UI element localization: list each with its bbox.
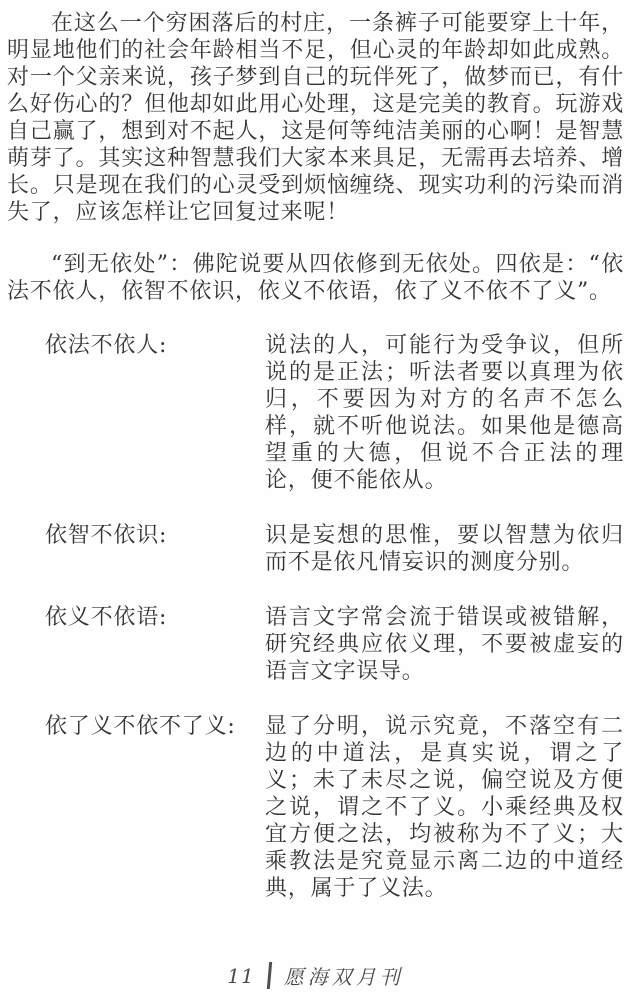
definition-item-fa-bu-yi-ren: 依法不依人: 说法的人，可能行为受争议，但所说的是正法；听法者要以真理为依归，不… bbox=[7, 332, 624, 494]
journal-title: 愿海双月刊 bbox=[284, 961, 404, 990]
paragraph-village-story: 在这么一个穷困落后的村庄，一条裤子可能要穿上十年，明显地他们的社会年龄相当不足，… bbox=[7, 10, 624, 226]
definition-item-yi-bu-yi-yu: 依义不依语: 语言文字常会流于错误或被错解，研究经典应依义理，不要被虚妄的语言文… bbox=[7, 604, 624, 685]
footer-divider-bar bbox=[267, 962, 272, 989]
definition-item-zhi-bu-yi-shi: 依智不依识: 识是妄想的思惟，要以智慧为依归而不是依凡情妄识的测度分别。 bbox=[7, 522, 624, 576]
definition-description: 显了分明，说示究竟，不落空有二边的中道法，是真实说，谓之了义；未了未尽之说，偏空… bbox=[265, 713, 624, 902]
definition-term: 依法不依人: bbox=[7, 332, 265, 359]
definition-description: 说法的人，可能行为受争议，但所说的是正法；听法者要以真理为依归，不要因为对方的名… bbox=[265, 332, 624, 494]
definition-description: 识是妄想的思惟，要以智慧为依归而不是依凡情妄识的测度分别。 bbox=[265, 522, 624, 576]
paragraph-four-reliances-intro: “到无依处”：佛陀说要从四依修到无依处。四依是：“依法不依人，依智不依识，依义不… bbox=[7, 251, 624, 305]
four-reliances-list: 依法不依人: 说法的人，可能行为受争议，但所说的是正法；听法者要以真理为依归，不… bbox=[7, 330, 624, 902]
document-page: 在这么一个穷困落后的村庄，一条裤子可能要穿上十年，明显地他们的社会年龄相当不足，… bbox=[0, 0, 631, 1000]
definition-term: 依智不依识: bbox=[7, 522, 265, 549]
page-number: 11 bbox=[227, 964, 254, 988]
definition-item-liaoyi-bu-yi-buliaoyi: 依了义不依不了义: 显了分明，说示究竟，不落空有二边的中道法，是真实说，谓之了义… bbox=[7, 713, 624, 902]
definition-term: 依义不依语: bbox=[7, 604, 265, 631]
page-footer: 11 愿海双月刊 bbox=[0, 961, 631, 990]
definition-description: 语言文字常会流于错误或被错解，研究经典应依义理，不要被虚妄的语言文字误导。 bbox=[265, 604, 624, 685]
definition-term: 依了义不依不了义: bbox=[7, 713, 265, 740]
page-content: 在这么一个穷困落后的村庄，一条裤子可能要穿上十年，明显地他们的社会年龄相当不足，… bbox=[0, 0, 631, 902]
